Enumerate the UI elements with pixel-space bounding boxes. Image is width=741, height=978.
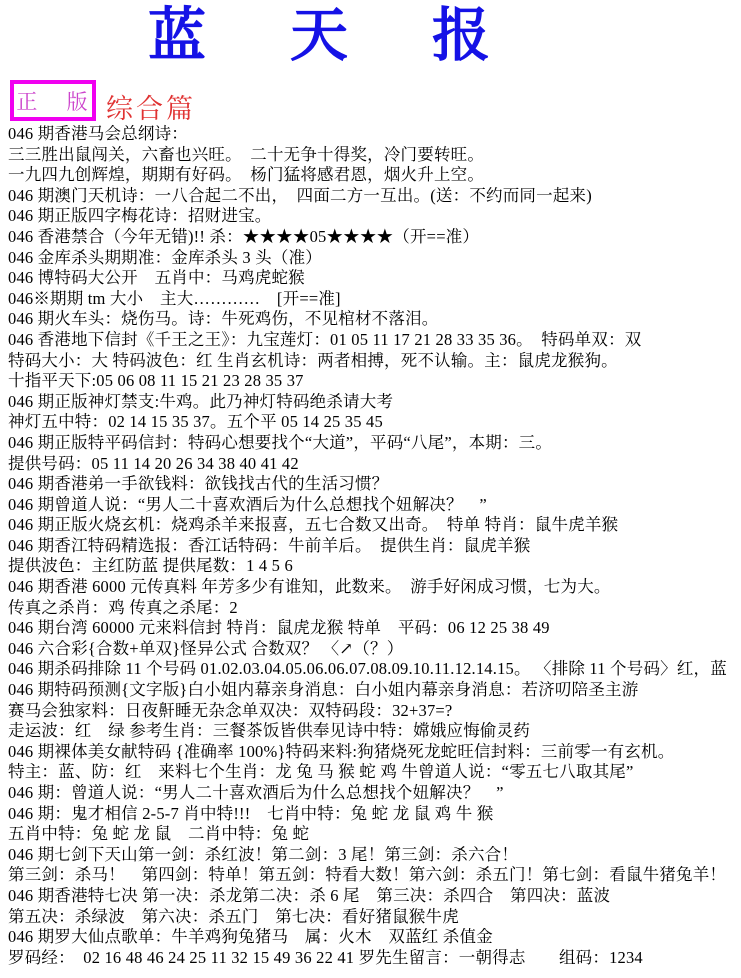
edition-badge-label: 正 版 [6,86,99,116]
report-line: 十指平天下:05 06 08 11 15 21 23 28 35 37 [8,371,741,392]
report-line: 046 期香港马会总纲诗： [8,124,741,145]
report-line: 特码大小：大 特码波色：红 生肖玄机诗：两者相搏，死不认输。主：鼠虎龙猴狗。 [8,351,741,372]
report-line: 046 期曾道人说：“男人二十喜欢酒后为什么总想找个妞解决？ ” [8,495,741,516]
report-line: 046 博特码大公开 五肖中：马鸡虎蛇猴 [8,268,741,289]
report-line: 走运波：红 绿 参考生肖：三餐茶饭皆供奉见诗中特：嫦娥应悔偷灵药 [8,721,741,742]
edition-label: 综合篇 [106,87,196,126]
report-line: 046 期罗大仙点歌单：牛羊鸡狗兔猪马 属：火木 双蓝红 杀值金 [8,927,741,948]
report-line: 046 香港禁合（今年无错)!! 杀：★★★★05★★★★（开==准） [8,227,741,248]
report-line: 五肖中特：兔 蛇 龙 鼠 二肖中特：兔 蛇 [8,824,741,845]
report-line: 046 期裸体美女献特码 {准确率 100%}特码来料:狗猪烧死龙蛇旺信封料：三… [8,742,741,763]
report-line: 046 期火车头：烧伤马。诗：牛死鸡伤，不见棺材不落泪。 [8,309,741,330]
report-line: 046 期正版火烧玄机：烧鸡杀羊来报喜，五七合数又出奇。 特单 特肖：鼠牛虎羊猴 [8,515,741,536]
report-line: 第三剑：杀马！ 第四剑：特单！第五剑：特看大数！第六剑：杀五门！第七剑：看鼠牛猪… [8,865,741,886]
report-title: 蓝天报 [148,6,574,67]
report-line: 046 香港地下信封《千王之王》：九宝莲灯：01 05 11 17 21 28 … [8,330,741,351]
report-line: 三三胜出鼠闯关，六畜也兴旺。 二十无争十得奖，冷门要转旺。 [8,145,741,166]
report-line: 赛马会独家料：日夜鼾睡无杂念单双决：双特码段：32+37=? [8,701,741,722]
report-line: 046 期正版四字梅花诗：招财进宝。 [8,206,741,227]
report-line: 神灯五中特：02 14 15 35 37。五个平 05 14 25 35 45 [8,412,741,433]
report-line: 046 期澳门天机诗：一八合起二不出， 四面二方一互出。(送：不约而同一起来) [8,186,741,207]
report-line: 第五决：杀绿波 第六决：杀五门 第七决：看好猪鼠猴牛虎 [8,907,741,928]
report-line: 提供号码：05 11 14 20 26 34 38 40 41 42 [8,454,741,475]
report-line: 046 六合彩{合数+单双}怪异公式 合数双？ 〈↗（？） [8,639,741,660]
report-line: 046 期香港 6000 元传真料 年芳多少有谁知，此数来。 游手好闲成习惯，七… [8,577,741,598]
report-line: 046 期香江特码精选报：香江话特码：牛前羊后。 提供生肖：鼠虎羊猴 [8,536,741,557]
report-line: 046 期香港弟一手欲钱料：欲钱找古代的生活习惯？ [8,474,741,495]
report-line: 传真之杀肖：鸡 传真之杀尾：2 [8,598,741,619]
report-body: 046 期香港马会总纲诗：三三胜出鼠闯关，六畜也兴旺。 二十无争十得奖，冷门要转… [8,124,741,968]
report-line: 046※期期 tm 大小 主大………… [开==准] [8,289,741,310]
report-line: 提供波色：主红防蓝 提供尾数：1 4 5 6 [8,556,741,577]
report-line: 罗码经： 02 16 48 46 24 25 11 32 15 49 36 22… [8,948,741,969]
report-line: 046 期特码预测{文字版}白小姐内幕亲身消息：白小姐内幕亲身消息：若济叨陪圣主… [8,680,741,701]
report-line: 046 期：曾道人说：“男人二十喜欢酒后为什么总想找个妞解决？ ” [8,783,741,804]
report-line: 046 期正版神灯禁支:牛鸡。此乃神灯特码绝杀请大考 [8,392,741,413]
report-page: 蓝天报 正 版 综合篇 046 期香港马会总纲诗：三三胜出鼠闯关，六畜也兴旺。 … [0,0,741,978]
report-line: 046 期台湾 60000 元来料信封 特肖：鼠虎龙猴 特单 平码：06 12 … [8,618,741,639]
report-line: 046 期七剑下天山第一剑：杀红波！第二剑：3 尾！第三剑：杀六合！ [8,845,741,866]
report-line: 046 期香港特七决 第一决：杀龙第二决：杀 6 尾 第三决：杀四合 第四决：蓝… [8,886,741,907]
report-line: 046 期杀码排除 11 个号码 01.02.03.04.05.06.06.07… [8,659,741,680]
report-line: 046 期正版特平码信封：特码心想要找个“大道”，平码“八尾”，本期：三。 [8,433,741,454]
report-line: 046 金库杀头期期准：金库杀头 3 头（准） [8,248,741,269]
report-line: 一九四九创辉煌，期期有好码。 杨门猛将感君恩，烟火升上空。 [8,165,741,186]
edition-badge: 正 版 [10,80,96,121]
report-line: 046 期：鬼才相信 2-5-7 肖中特!!! 七肖中特：兔 蛇 龙 鼠 鸡 牛… [8,804,741,825]
report-line: 特主：蓝、防：红 来料七个生肖：龙 兔 马 猴 蛇 鸡 牛曾道人说：“零五七八取… [8,762,741,783]
